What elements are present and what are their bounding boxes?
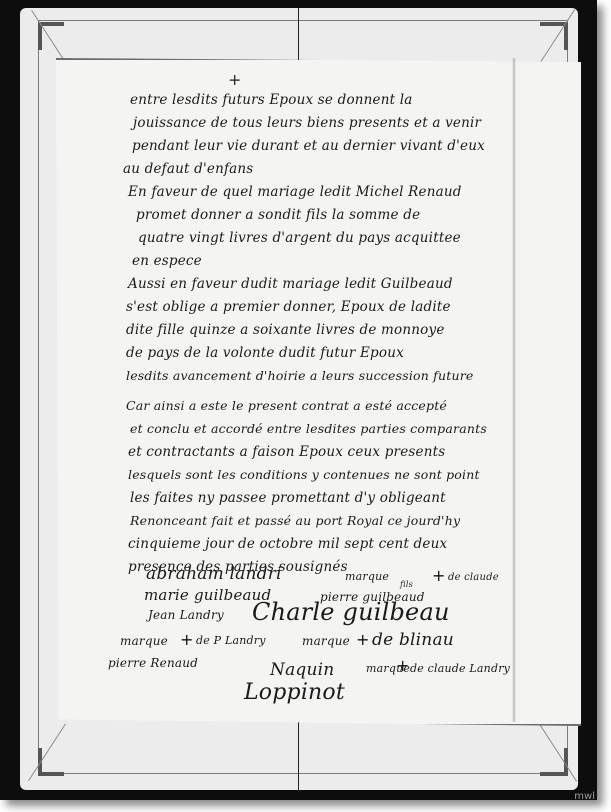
text-line: promet donner a sondit fils la somme de [136,207,420,223]
corner-bracket-bl-h [38,772,64,776]
corner-bracket-br-h [540,772,566,776]
marque-owner: de P Landry [196,634,266,647]
signature-loppinot: Loppinot [244,680,345,705]
marque-label: marque [302,634,350,648]
corner-bracket-tr [564,22,568,50]
text-line: Aussi en faveur dudit mariage ledit Guil… [128,276,453,292]
text-line: quatre vingt livres d'argent du pays acq… [138,230,461,246]
top-cross-mark: + [228,70,242,89]
text-line: et contractants a faison Epoux ceux pres… [128,444,445,460]
text-line: En faveur de quel mariage ledit Michel R… [128,184,462,200]
watermark-label: mwl [574,791,595,802]
cross-mark-icon: + [396,656,409,675]
text-line: Car ainsi a este le present contrat a es… [126,398,447,413]
signature-blinau: de blinau [372,630,454,650]
text-line: dite fille quinze a soixante livres de m… [126,322,445,338]
text-line: entre lesdits futurs Epoux se donnent la [130,92,413,108]
fils-annotation: fils [400,580,413,589]
text-line: s'est oblige a premier donner, Epoux de … [126,299,451,315]
text-line: lesdits avancement d'hoirie a leurs succ… [126,368,474,383]
text-line: de pays de la volonte dudit futur Epoux [126,345,404,361]
cross-mark-icon: + [180,630,193,649]
cross-mark-icon: + [356,630,369,649]
page-fold-line [512,58,516,722]
marque-label: marque [345,570,389,583]
text-line: jouissance de tous leurs biens presents … [133,115,481,131]
corner-bracket-tr-h [540,22,566,26]
marque-owner: de claude [448,572,499,583]
text-line: et conclu et accordé entre lesdites part… [130,421,487,436]
text-line: cinquieme jour de octobre mil sept cent … [128,536,447,552]
signature-pierre-renaud: pierre Renaud [108,656,198,670]
center-guide-bottom [298,722,299,790]
marque-label: marque [120,634,168,648]
text-line: en espece [132,253,202,269]
cross-mark-icon: + [432,566,445,585]
signature-jean-landry: Jean Landry [148,608,224,622]
text-line: au defaut d'enfans [123,161,253,177]
center-guide-top [298,8,299,64]
marque-owner: de claude Landry [410,662,510,675]
signature-charle-guilbeau: Charle guilbeau [252,598,450,626]
text-line: Renonceant fait et passé au port Royal c… [130,513,460,528]
signature-naquin: Naquin [270,660,334,680]
text-line: les faites ny passee promettant d'y obli… [130,490,446,506]
signature-abraham-landri: abraham landri [146,564,282,584]
text-line: pendant leur vie durant et au dernier vi… [132,138,485,154]
text-line: lesquels sont les conditions y contenues… [128,467,480,482]
